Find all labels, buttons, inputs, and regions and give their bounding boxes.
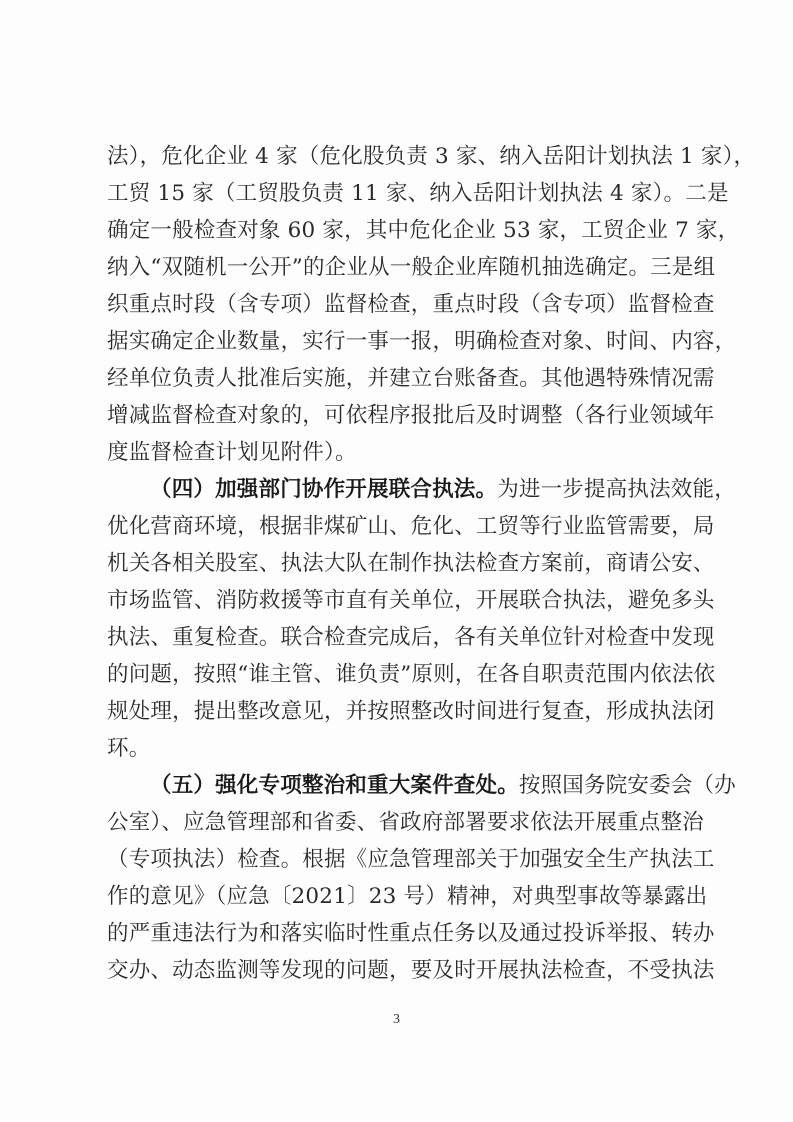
text-line: 执法、重复检查。联合检查完成后，各有关单位针对检查中发现 (107, 623, 691, 653)
text-line: 法），危化企业 4 家（危化股负责 3 家、纳入岳阳计划执法 1 家）， (107, 142, 691, 172)
text-line: 度监督检查计划见附件）。 (107, 438, 691, 468)
text-line: 工贸 15 家（工贸股负责 11 家、纳入岳阳计划执法 4 家）。二是 (107, 179, 691, 209)
text-line: 据实确定企业数量，实行一事一报，明确检查对象、时间、内容， (107, 327, 691, 357)
section-4-heading: （四）加强部门协作开展联合执法。 (150, 477, 497, 502)
text-line: 纳入“双随机一公开”的企业从一般企业库随机抽选确定。三是组 (107, 253, 691, 283)
text-line: 规处理，提出整改意见，并按照整改时间进行复查，形成执法闭 (107, 697, 691, 727)
section-5-first-text: 按照国务院安委会（办 (519, 773, 736, 798)
text-line: 环。 (107, 734, 691, 764)
text-line: 确定一般检查对象 60 家，其中危化企业 53 家，工贸企业 7 家， (107, 216, 691, 246)
text-line: 的问题，按照“谁主管、谁负责”原则，在各自职责范围内依法依 (107, 660, 691, 690)
page-number: 3 (0, 1012, 793, 1028)
section-5-first-line: （五）强化专项整治和重大案件查处。按照国务院安委会（办 (150, 771, 691, 801)
text-line: 作的意见》（应急〔2021〕23 号）精神，对典型事故等暴露出 (107, 882, 691, 912)
section-4-first-line: （四）加强部门协作开展联合执法。为进一步提高执法效能， (150, 475, 691, 505)
text-line: 优化营商环境，根据非煤矿山、危化、工贸等行业监管需要，局 (107, 512, 691, 542)
text-line: 织重点时段（含专项）监督检查，重点时段（含专项）监督检查 (107, 290, 691, 320)
section-5-heading: （五）强化专项整治和重大案件查处。 (150, 773, 519, 798)
text-line: 增减监督检查对象的，可依程序报批后及时调整（各行业领域年 (107, 401, 691, 431)
text-line: 机关各相关股室、执法大队在制作执法检查方案前，商请公安、 (107, 549, 691, 579)
document-page: 法），危化企业 4 家（危化股负责 3 家、纳入岳阳计划执法 1 家），工贸 1… (0, 0, 793, 1122)
text-line: 交办、动态监测等发现的问题，要及时开展执法检查，不受执法 (107, 956, 691, 986)
section-4-first-text: 为进一步提高执法效能， (497, 477, 736, 502)
text-line: （专项执法）检查。根据《应急管理部关于加强安全生产执法工 (107, 845, 691, 875)
text-line: 经单位负责人批准后实施，并建立台账备查。其他遇特殊情况需 (107, 364, 691, 394)
text-line: 公室）、应急管理部和省委、省政府部署要求依法开展重点整治 (107, 808, 691, 838)
text-line: 的严重违法行为和落实临时性重点任务以及通过投诉举报、转办 (107, 919, 691, 949)
text-line: 市场监管、消防救援等市直有关单位，开展联合执法，避免多头 (107, 586, 691, 616)
